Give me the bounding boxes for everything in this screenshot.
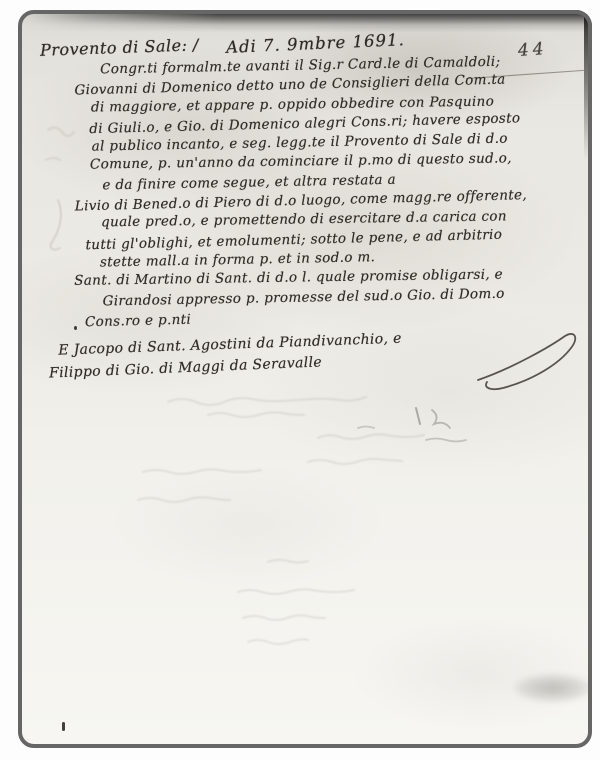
heading-provento-di-sale: Provento di Sale: / <box>40 35 199 60</box>
ink-speck <box>62 722 65 731</box>
heading-date: Adi 7. 9mbre 1691. <box>226 30 405 57</box>
manuscript-page: Provento di Sale: / Adi 7. 9mbre 1691. 4… <box>18 10 592 748</box>
manuscript-body-text: Congr.ti formalm.te avanti il Sig.r Card… <box>18 51 583 332</box>
signature-flourish <box>473 328 583 398</box>
scanned-manuscript-canvas: Provento di Sale: / Adi 7. 9mbre 1691. 4… <box>0 0 600 760</box>
